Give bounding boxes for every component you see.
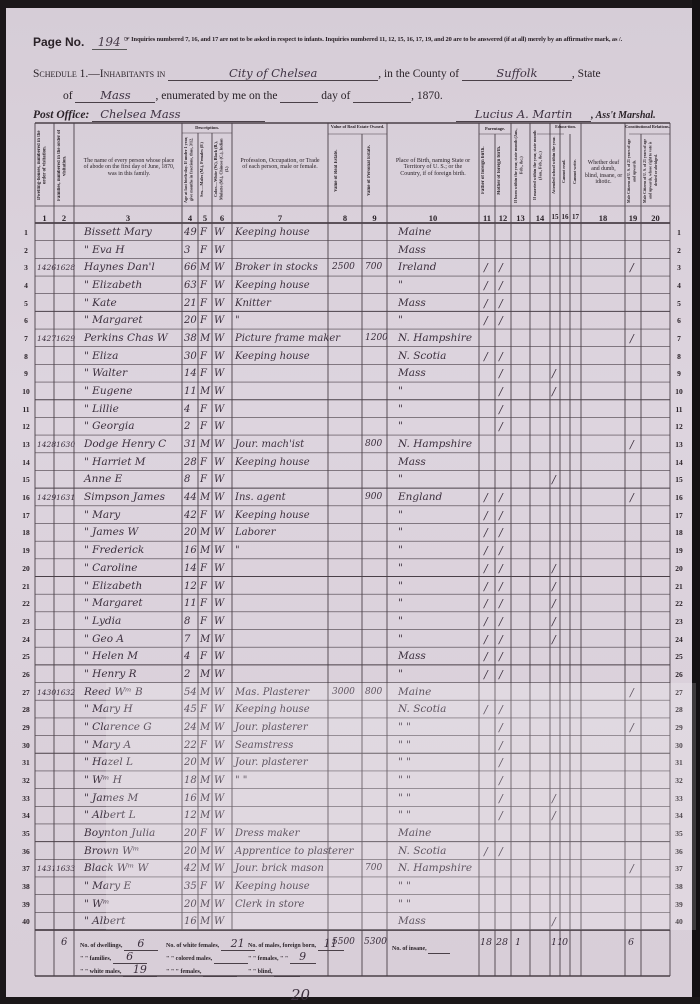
sex: M — [200, 526, 210, 539]
birthplace: " — [398, 544, 403, 557]
color: W — [214, 597, 224, 610]
sex: F — [200, 456, 207, 469]
father-foreign-mark: / — [484, 668, 488, 681]
occupation: Keeping house — [235, 509, 310, 522]
person-name: " Walter — [84, 367, 127, 380]
foreign-males-label: No. of males, foreign born, — [248, 943, 316, 949]
row-number-left: 20 — [19, 564, 33, 573]
col-2-header: Families, numbered in the order of visit… — [57, 128, 72, 203]
summary-colored-females: " " " females, — [166, 963, 237, 977]
father-foreign-mark: / — [484, 597, 488, 610]
age: 12 — [184, 580, 197, 593]
occupation: Laborer — [235, 526, 276, 539]
col-num-9: 9 — [362, 213, 387, 223]
sex: F — [200, 314, 207, 327]
person-name: " Margaret — [84, 597, 143, 610]
col-11-header: Father of foreign birth. — [481, 138, 493, 203]
mother-foreign-mark: / — [499, 597, 503, 610]
sex: F — [200, 244, 207, 257]
row-number-left: 7 — [19, 334, 33, 343]
col-num-13: 13 — [511, 213, 530, 223]
sex: F — [200, 350, 207, 363]
row-number-right: 3 — [672, 263, 686, 272]
family-number: 1631 — [56, 491, 75, 504]
sex: F — [200, 509, 207, 522]
birthplace: " — [398, 420, 403, 433]
mother-foreign-mark: / — [499, 668, 503, 681]
age: 3 — [184, 244, 190, 257]
sex: F — [200, 650, 207, 663]
col-7-header: Profession, Occupation, or Trade of each… — [238, 158, 322, 171]
mother-foreign-mark: / — [499, 314, 503, 327]
col-10-header: Place of Birth, naming State or Territor… — [393, 158, 473, 177]
summary-col1: 6 — [61, 936, 67, 949]
birthplace: " — [398, 526, 403, 539]
row-number-left: 16 — [19, 493, 33, 502]
color: W — [214, 438, 224, 451]
citizen-mark: / — [630, 438, 634, 451]
row-number-left: 19 — [19, 546, 33, 555]
school-mark: / — [552, 615, 556, 628]
row-number-left: 21 — [19, 582, 33, 591]
person-name: " Elizabeth — [84, 580, 142, 593]
insane-label: No. of insane, — [392, 946, 427, 952]
birthplace: " — [398, 562, 403, 575]
age: 8 — [184, 473, 190, 486]
color: W — [214, 332, 224, 345]
col-20-header: Male Citizens of U. S. of 21 years of ag… — [643, 138, 669, 203]
col-num-3: 3 — [74, 213, 182, 223]
birthplace: Ireland — [398, 261, 436, 274]
sex: F — [200, 597, 207, 610]
person-name: " Elizabeth — [84, 279, 142, 292]
col-num-14: 14 — [530, 213, 550, 223]
col-17-header: Cannot write. — [572, 140, 580, 203]
color: W — [214, 456, 224, 469]
summary-colored-males: " " colored males, — [166, 950, 248, 964]
row-number-left: 24 — [19, 635, 33, 644]
father-foreign-mark: / — [484, 526, 488, 539]
birthplace: Maine — [398, 226, 431, 239]
age: 20 — [184, 314, 197, 327]
foreign-females-label: " " females, " " — [248, 956, 288, 962]
occupation: Keeping house — [235, 456, 310, 469]
mother-foreign-mark: / — [499, 420, 503, 433]
birthplace: Mass — [398, 297, 426, 310]
mother-foreign-mark: / — [499, 509, 503, 522]
father-foreign-mark: / — [484, 261, 488, 274]
colored-males-label: " " colored males, — [166, 956, 212, 962]
family-number: 1632 — [56, 686, 75, 699]
row-number-left: 39 — [19, 900, 33, 909]
row-number-right: 17 — [672, 511, 686, 520]
row-number-right: 8 — [672, 352, 686, 361]
insane-value — [428, 940, 450, 954]
col-num-1: 1 — [35, 213, 54, 223]
color: W — [214, 526, 224, 539]
birthplace: Mass — [398, 650, 426, 663]
row-number-left: 23 — [19, 617, 33, 626]
census-page: Page No. 194 ☞ Inquiries numbered 7, 16,… — [6, 8, 692, 997]
person-name: " Helen M — [84, 650, 138, 663]
col-num-4: 4 — [182, 213, 198, 223]
row-number-left: 25 — [19, 652, 33, 661]
father-foreign-mark: / — [484, 633, 488, 646]
dwellings-value: 6 — [124, 937, 158, 951]
summary-foreign-females: " " females, " " 9 — [248, 950, 316, 964]
sex: M — [200, 385, 210, 398]
person-name: Anne E — [84, 473, 122, 486]
occupation: " — [235, 314, 240, 327]
age: 63 — [184, 279, 197, 292]
birthplace: N. Scotia — [398, 350, 446, 363]
color: W — [214, 226, 224, 239]
father-foreign-mark: / — [484, 350, 488, 363]
family-number: 1629 — [56, 332, 75, 345]
person-name: " Geo A — [84, 633, 124, 646]
age: 66 — [184, 261, 197, 274]
age: 44 — [184, 491, 197, 504]
mother-foreign-mark: / — [499, 526, 503, 539]
father-foreign-mark: / — [484, 562, 488, 575]
row-number-right: 12 — [672, 422, 686, 431]
color: W — [214, 580, 224, 593]
occupation: Keeping house — [235, 350, 310, 363]
dwelling-number: 1431 — [37, 862, 56, 875]
dwelling-number: 1428 — [37, 438, 56, 451]
mother-foreign-mark: / — [499, 261, 503, 274]
row-number-left: 34 — [19, 811, 33, 820]
person-name: " Margaret — [84, 314, 143, 327]
white-males-label: " " white males, — [80, 969, 121, 975]
father-foreign-mark: / — [484, 544, 488, 557]
col-num-8: 8 — [328, 213, 362, 223]
age: 31 — [184, 438, 197, 451]
row-number-right: 22 — [672, 599, 686, 608]
col-num-19: 19 — [625, 213, 641, 223]
person-name: " Mary — [84, 509, 120, 522]
scan-highlight-band — [106, 683, 696, 930]
personal-estate-value: 900 — [365, 491, 382, 504]
blind-label: " " blind, — [248, 969, 273, 975]
blind-value — [274, 963, 300, 977]
row-number-left: 1 — [19, 228, 33, 237]
col-3-header: The name of every person whose place of … — [82, 158, 176, 177]
summary-col19-total: 6 — [628, 936, 634, 949]
age: 42 — [184, 509, 197, 522]
school-mark: / — [552, 367, 556, 380]
row-number-right: 20 — [672, 564, 686, 573]
father-foreign-mark: / — [484, 509, 488, 522]
row-number-right: 11 — [672, 405, 686, 414]
col-num-10: 10 — [387, 213, 479, 223]
sex: F — [200, 562, 207, 575]
color: W — [214, 385, 224, 398]
sex: F — [200, 403, 207, 416]
person-name: Bissett Mary — [84, 226, 152, 239]
father-foreign-mark: / — [484, 650, 488, 663]
birthplace: " — [398, 668, 403, 681]
row-number-left: 14 — [19, 458, 33, 467]
occupation: Jour. mach'ist — [235, 438, 304, 451]
person-name: " Kate — [84, 297, 117, 310]
sex: M — [200, 332, 210, 345]
color: W — [214, 615, 224, 628]
summary-white-males: " " white males, 19 — [80, 963, 157, 977]
row-number-left: 33 — [19, 794, 33, 803]
age: 4 — [184, 403, 190, 416]
birthplace: Mass — [398, 367, 426, 380]
age: 21 — [184, 297, 197, 310]
color: W — [214, 297, 224, 310]
mother-foreign-mark: / — [499, 580, 503, 593]
sex: M — [200, 668, 210, 681]
occupation: Keeping house — [235, 226, 310, 239]
row-number-left: 28 — [19, 705, 33, 714]
col-num-15: 15 — [550, 213, 560, 221]
father-foreign-mark: / — [484, 297, 488, 310]
color: W — [214, 350, 224, 363]
personal-estate-value: 800 — [365, 438, 382, 451]
sex: F — [200, 297, 207, 310]
birthplace: " — [398, 615, 403, 628]
mother-foreign-mark: / — [499, 403, 503, 416]
color: W — [214, 562, 224, 575]
summary-insane: No. of insane, — [392, 940, 450, 954]
col-num-17: 17 — [570, 213, 581, 221]
families-value: 6 — [113, 950, 147, 964]
age: 28 — [184, 456, 197, 469]
row-number-right: 14 — [672, 458, 686, 467]
col-num-18: 18 — [581, 213, 625, 223]
sex: M — [200, 633, 210, 646]
col-13-header: If born within the year, state month (Ja… — [513, 128, 529, 203]
row-number-left: 26 — [19, 670, 33, 679]
col-8-header: Value of Real Estate. — [334, 138, 356, 203]
col-1-header: Dwelling-houses, numbered in the order o… — [37, 128, 52, 203]
color: W — [214, 314, 224, 327]
color: W — [214, 544, 224, 557]
color: W — [214, 261, 224, 274]
sex: M — [200, 491, 210, 504]
row-number-right: 26 — [672, 670, 686, 679]
color: W — [214, 420, 224, 433]
col-19-header: Male Citizens of U. S. of 21 years of ag… — [627, 138, 640, 203]
person-name: " Eva H — [84, 244, 125, 257]
row-number-left: 35 — [19, 829, 33, 838]
row-number-left: 10 — [19, 387, 33, 396]
row-number-left: 8 — [19, 352, 33, 361]
person-name: " Eugene — [84, 385, 133, 398]
mother-foreign-mark: / — [499, 544, 503, 557]
group-header-parentage: Parentage. — [479, 126, 511, 132]
row-number-left: 2 — [19, 246, 33, 255]
stamp-number: 20 — [291, 986, 310, 997]
foreign-females-value: 9 — [290, 950, 316, 964]
col-15-header: Attended school within the year. — [551, 128, 559, 203]
personal-estate-value: 700 — [365, 261, 382, 274]
occupation: Keeping house — [235, 279, 310, 292]
school-mark: / — [552, 473, 556, 486]
age: 16 — [184, 544, 197, 557]
families-label: " " families, — [80, 956, 111, 962]
summary-blind: " " blind, — [248, 963, 300, 977]
age: 4 — [184, 650, 190, 663]
person-name: " Georgia — [84, 420, 134, 433]
color: W — [214, 650, 224, 663]
family-number: 1633 — [56, 862, 75, 875]
sex: F — [200, 580, 207, 593]
birthplace: Mass — [398, 244, 426, 257]
person-name: " Caroline — [84, 562, 138, 575]
summary-col12-total: 28 — [496, 936, 508, 949]
row-number-left: 22 — [19, 599, 33, 608]
row-number-left: 37 — [19, 864, 33, 873]
birthplace: Mass — [398, 456, 426, 469]
sex: F — [200, 367, 207, 380]
col-num-6: 6 — [212, 213, 232, 223]
school-mark: / — [552, 580, 556, 593]
birthplace: " — [398, 580, 403, 593]
age: 11 — [184, 597, 197, 610]
col-14-header: If married within the year, state month … — [532, 128, 548, 203]
colored-females-label: " " " females, — [166, 969, 201, 975]
sex: F — [200, 226, 207, 239]
group-header-description: Description. — [182, 125, 232, 131]
row-number-left: 32 — [19, 776, 33, 785]
age: 8 — [184, 615, 190, 628]
age: 2 — [184, 668, 190, 681]
row-number-left: 31 — [19, 758, 33, 767]
birthplace: N. Hampshire — [398, 438, 472, 451]
father-foreign-mark: / — [484, 580, 488, 593]
row-number-left: 40 — [19, 917, 33, 926]
age: 49 — [184, 226, 197, 239]
mother-foreign-mark: / — [499, 367, 503, 380]
age: 38 — [184, 332, 197, 345]
citizen-mark: / — [630, 332, 634, 345]
summary-personal-total: 5300 — [364, 936, 387, 949]
col-16-header: Cannot read. — [561, 140, 569, 203]
person-name: " Henry R — [84, 668, 137, 681]
sex: M — [200, 261, 210, 274]
age: 30 — [184, 350, 197, 363]
real-estate-value: 2500 — [332, 261, 355, 274]
dwellings-label: No. of dwellings, — [80, 943, 122, 949]
row-number-right: 15 — [672, 475, 686, 484]
occupation: Picture frame maker — [235, 332, 340, 345]
sex: F — [200, 615, 207, 628]
row-number-right: 23 — [672, 617, 686, 626]
row-number-right: 4 — [672, 281, 686, 290]
age: 2 — [184, 420, 190, 433]
group-header-constitutional: Constitutional Relations. — [625, 125, 670, 130]
age: 14 — [184, 367, 197, 380]
col-num-12: 12 — [495, 213, 511, 223]
birthplace: " — [398, 597, 403, 610]
group-header-real-estate: Value of Real Estate Owned. — [328, 125, 387, 130]
father-foreign-mark: / — [484, 615, 488, 628]
occupation: Broker in stocks — [235, 261, 318, 274]
row-number-left: 18 — [19, 528, 33, 537]
birthplace: " — [398, 509, 403, 522]
person-name: " James W — [84, 526, 138, 539]
summary-dwellings: No. of dwellings, 6 — [80, 937, 158, 951]
age: 14 — [184, 562, 197, 575]
family-number: 1628 — [56, 261, 75, 274]
occupation: Ins. agent — [235, 491, 286, 504]
colored-males-value — [214, 950, 248, 964]
person-name: " Harriet M — [84, 456, 146, 469]
sex: F — [200, 279, 207, 292]
row-number-left: 3 — [19, 263, 33, 272]
sex: F — [200, 420, 207, 433]
dwelling-number: 1429 — [37, 491, 56, 504]
color: W — [214, 633, 224, 646]
white-females-label: No. of white females, — [166, 943, 219, 949]
row-number-right: 9 — [672, 369, 686, 378]
mother-foreign-mark: / — [499, 491, 503, 504]
person-name: Haynes Dan'l — [84, 261, 155, 274]
col-6-header: Color.—White (W.), Black (B.), Mulatto (… — [213, 136, 231, 203]
birthplace: N. Hampshire — [398, 332, 472, 345]
family-number: 1630 — [56, 438, 75, 451]
dwelling-number: 1430 — [37, 686, 56, 699]
col-num-20: 20 — [641, 213, 670, 223]
mother-foreign-mark: / — [499, 633, 503, 646]
row-number-left: 5 — [19, 299, 33, 308]
row-number-right: 24 — [672, 635, 686, 644]
mother-foreign-mark: / — [499, 350, 503, 363]
row-number-left: 36 — [19, 847, 33, 856]
father-foreign-mark: / — [484, 491, 488, 504]
color: W — [214, 473, 224, 486]
age: 11 — [184, 385, 197, 398]
color: W — [214, 509, 224, 522]
mother-foreign-mark: / — [499, 615, 503, 628]
occupation: Knitter — [235, 297, 271, 310]
birthplace: " — [398, 403, 403, 416]
birthplace: " — [398, 314, 403, 327]
person-name: " Eliza — [84, 350, 118, 363]
summary-col13-total: 1 — [515, 936, 521, 949]
person-name: " Lillie — [84, 403, 119, 416]
birthplace: " — [398, 385, 403, 398]
summary-families: " " families, 6 — [80, 950, 147, 964]
col-num-11: 11 — [479, 213, 495, 223]
row-number-right: 5 — [672, 299, 686, 308]
mother-foreign-mark: / — [499, 650, 503, 663]
personal-estate-value: 1200 — [365, 332, 388, 345]
color: W — [214, 491, 224, 504]
row-number-right: 21 — [672, 582, 686, 591]
birthplace: England — [398, 491, 442, 504]
col-num-2: 2 — [54, 213, 74, 223]
mother-foreign-mark: / — [499, 297, 503, 310]
person-name: " Lydia — [84, 615, 121, 628]
age: 20 — [184, 526, 197, 539]
mother-foreign-mark: / — [499, 562, 503, 575]
dwelling-number: 1427 — [37, 332, 56, 345]
col-num-5: 5 — [198, 213, 212, 223]
row-number-left: 13 — [19, 440, 33, 449]
white-males-value: 19 — [123, 963, 157, 977]
row-number-left: 29 — [19, 723, 33, 732]
birthplace: " — [398, 633, 403, 646]
row-number-left: 27 — [19, 688, 33, 697]
row-number-left: 38 — [19, 882, 33, 891]
school-mark: / — [552, 633, 556, 646]
